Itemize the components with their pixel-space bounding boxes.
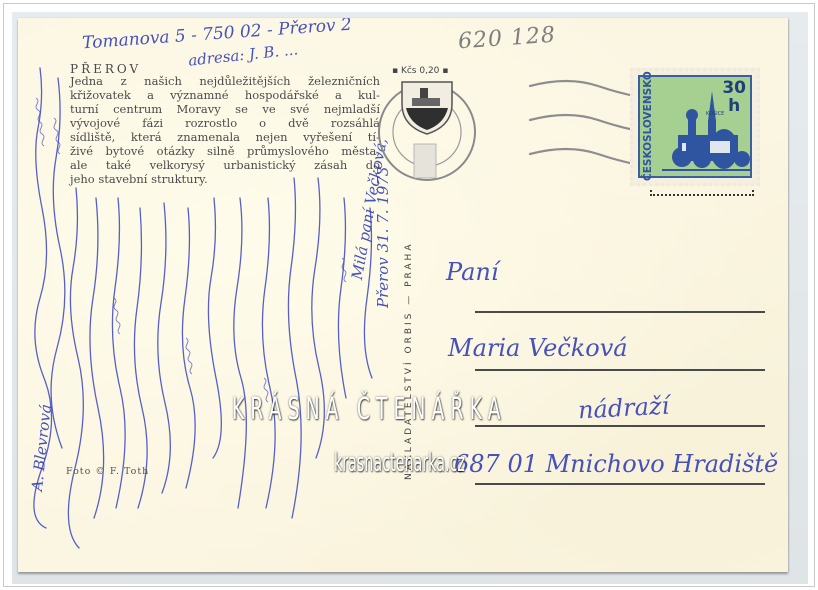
catalog-number: 620 128: [457, 23, 556, 55]
address-line-4: [475, 483, 765, 485]
address-line-1: [475, 311, 765, 313]
photo-credit: Foto © F. Toth: [66, 466, 149, 477]
stamp-value-unit: h: [722, 97, 746, 115]
postmark-ship-icon: [372, 74, 482, 184]
address-name: Maria Večková: [448, 334, 628, 362]
handwritten-message: [18, 58, 408, 572]
stamp-face: KOŠICE 30 h ČESKOSLOVENSKO: [638, 75, 752, 178]
publisher-line: NAKLADATELSTVÍ ORBIS — PRAHA: [404, 242, 414, 480]
address-street: nádraží: [577, 392, 670, 425]
postmark: [372, 74, 482, 184]
watermark-url: krasnactenarka.cz: [334, 448, 465, 478]
postage-stamp: KOŠICE 30 h ČESKOSLOVENSKO: [630, 68, 760, 186]
stamp-value: 30 h: [722, 79, 746, 115]
address-city: 687 01 Mnichovo Hradiště: [454, 450, 778, 478]
watermark-title: KRÁSNÁ ČTENÁŘKA: [232, 392, 507, 427]
image-frame: 620 128 Tomanova 5 - 750 02 - Přerov 2 a…: [3, 3, 815, 587]
stamp-value-number: 30: [722, 79, 746, 97]
stamp-placement-guide: [650, 190, 754, 196]
address-line-2: [475, 369, 765, 371]
address-line-3: [475, 425, 765, 427]
address-salutation: Paní: [446, 258, 499, 286]
postcard-back: 620 128 Tomanova 5 - 750 02 - Přerov 2 a…: [18, 18, 788, 572]
